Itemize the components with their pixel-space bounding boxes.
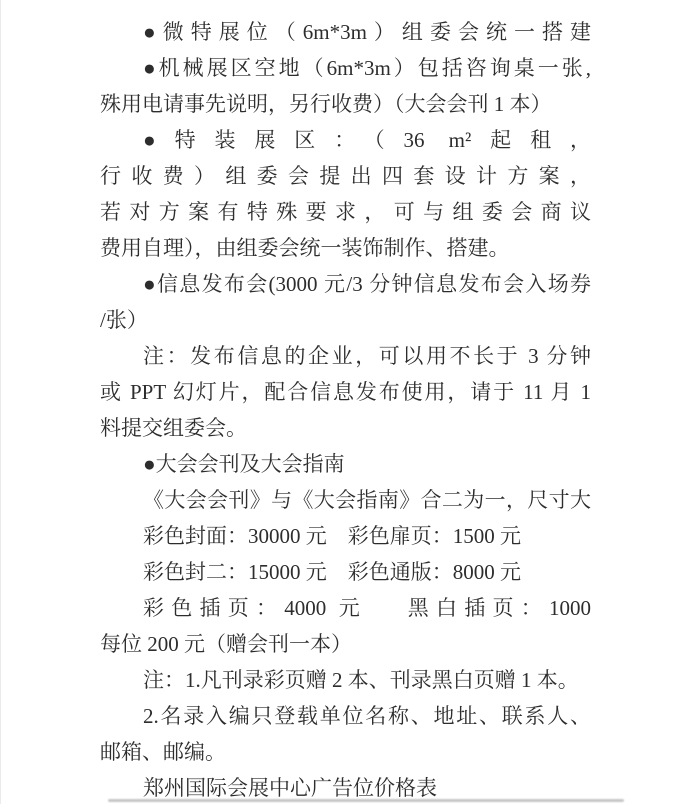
cutoff-table-top-border [108,799,624,802]
text-line: 或 PPT 幻灯片，配合信息发布使用，请于 11 月 1 日前将资 [100,374,591,410]
text-line: 2.名录入编只登载单位名称、地址、联系人、联系电话、 [100,698,591,734]
text-line: 每位 200 元（赠会刊一本） [100,626,591,662]
text-line: 彩色封面：30000 元 彩色扉页：1500 元 [100,518,591,554]
text-line: ●微特展位（6m*3m）组委会统一搭建（大会会刊 2 本） [100,14,591,50]
text-line: ●大会会刊及大会指南 [100,446,591,482]
text-line: /张） [100,302,591,338]
text-line: 注：发布信息的企业，可以用不长于 3 分钟 DVD 光盘 [100,338,591,374]
document-page: ●微特展位（6m*3m）组委会统一搭建（大会会刊 2 本）●机械展区空地（6m*… [0,0,690,804]
text-line: 殊用电请事先说明，另行收费）（大会会刊 1 本） [100,86,591,122]
text-line: 邮箱、邮编。 [100,734,591,770]
text-line: 若对方案有特殊要求，可与组委会商议（超出组委会规定的 [100,194,591,230]
text-line: 料提交组委会。 [100,410,591,446]
text-line: 彩色封二：15000 元 彩色通版：8000 元 [100,554,591,590]
scan-edge-line [0,0,1,804]
text-line: ●信息发布会(3000 元/3 分钟信息发布会入场券 100 元 [100,266,591,302]
text-line: ●特装展区：（36 m²起租，特殊用电请事先说明，另 [100,122,591,158]
text-line: ●机械展区空地（6m*3m）包括咨询桌一张,椅子两把（特 [100,50,591,86]
text-line: 彩色插页：4000 元 黑白插页：1000 元名录入编费： [100,590,591,626]
document-text-block: ●微特展位（6m*3m）组委会统一搭建（大会会刊 2 本）●机械展区空地（6m*… [100,14,591,804]
text-line: 注：1.凡刊录彩页赠 2 本、刊录黑白页赠 1 本。 [100,662,591,698]
text-line: 《大会会刊》与《大会指南》合二为一，尺寸大 16 开。 [100,482,591,518]
text-line: 费用自理），由组委会统一装饰制作、搭建。 [100,230,591,266]
text-line: 行收费）组委会提出四套设计方案，供特展企业选择其一， [100,158,591,194]
